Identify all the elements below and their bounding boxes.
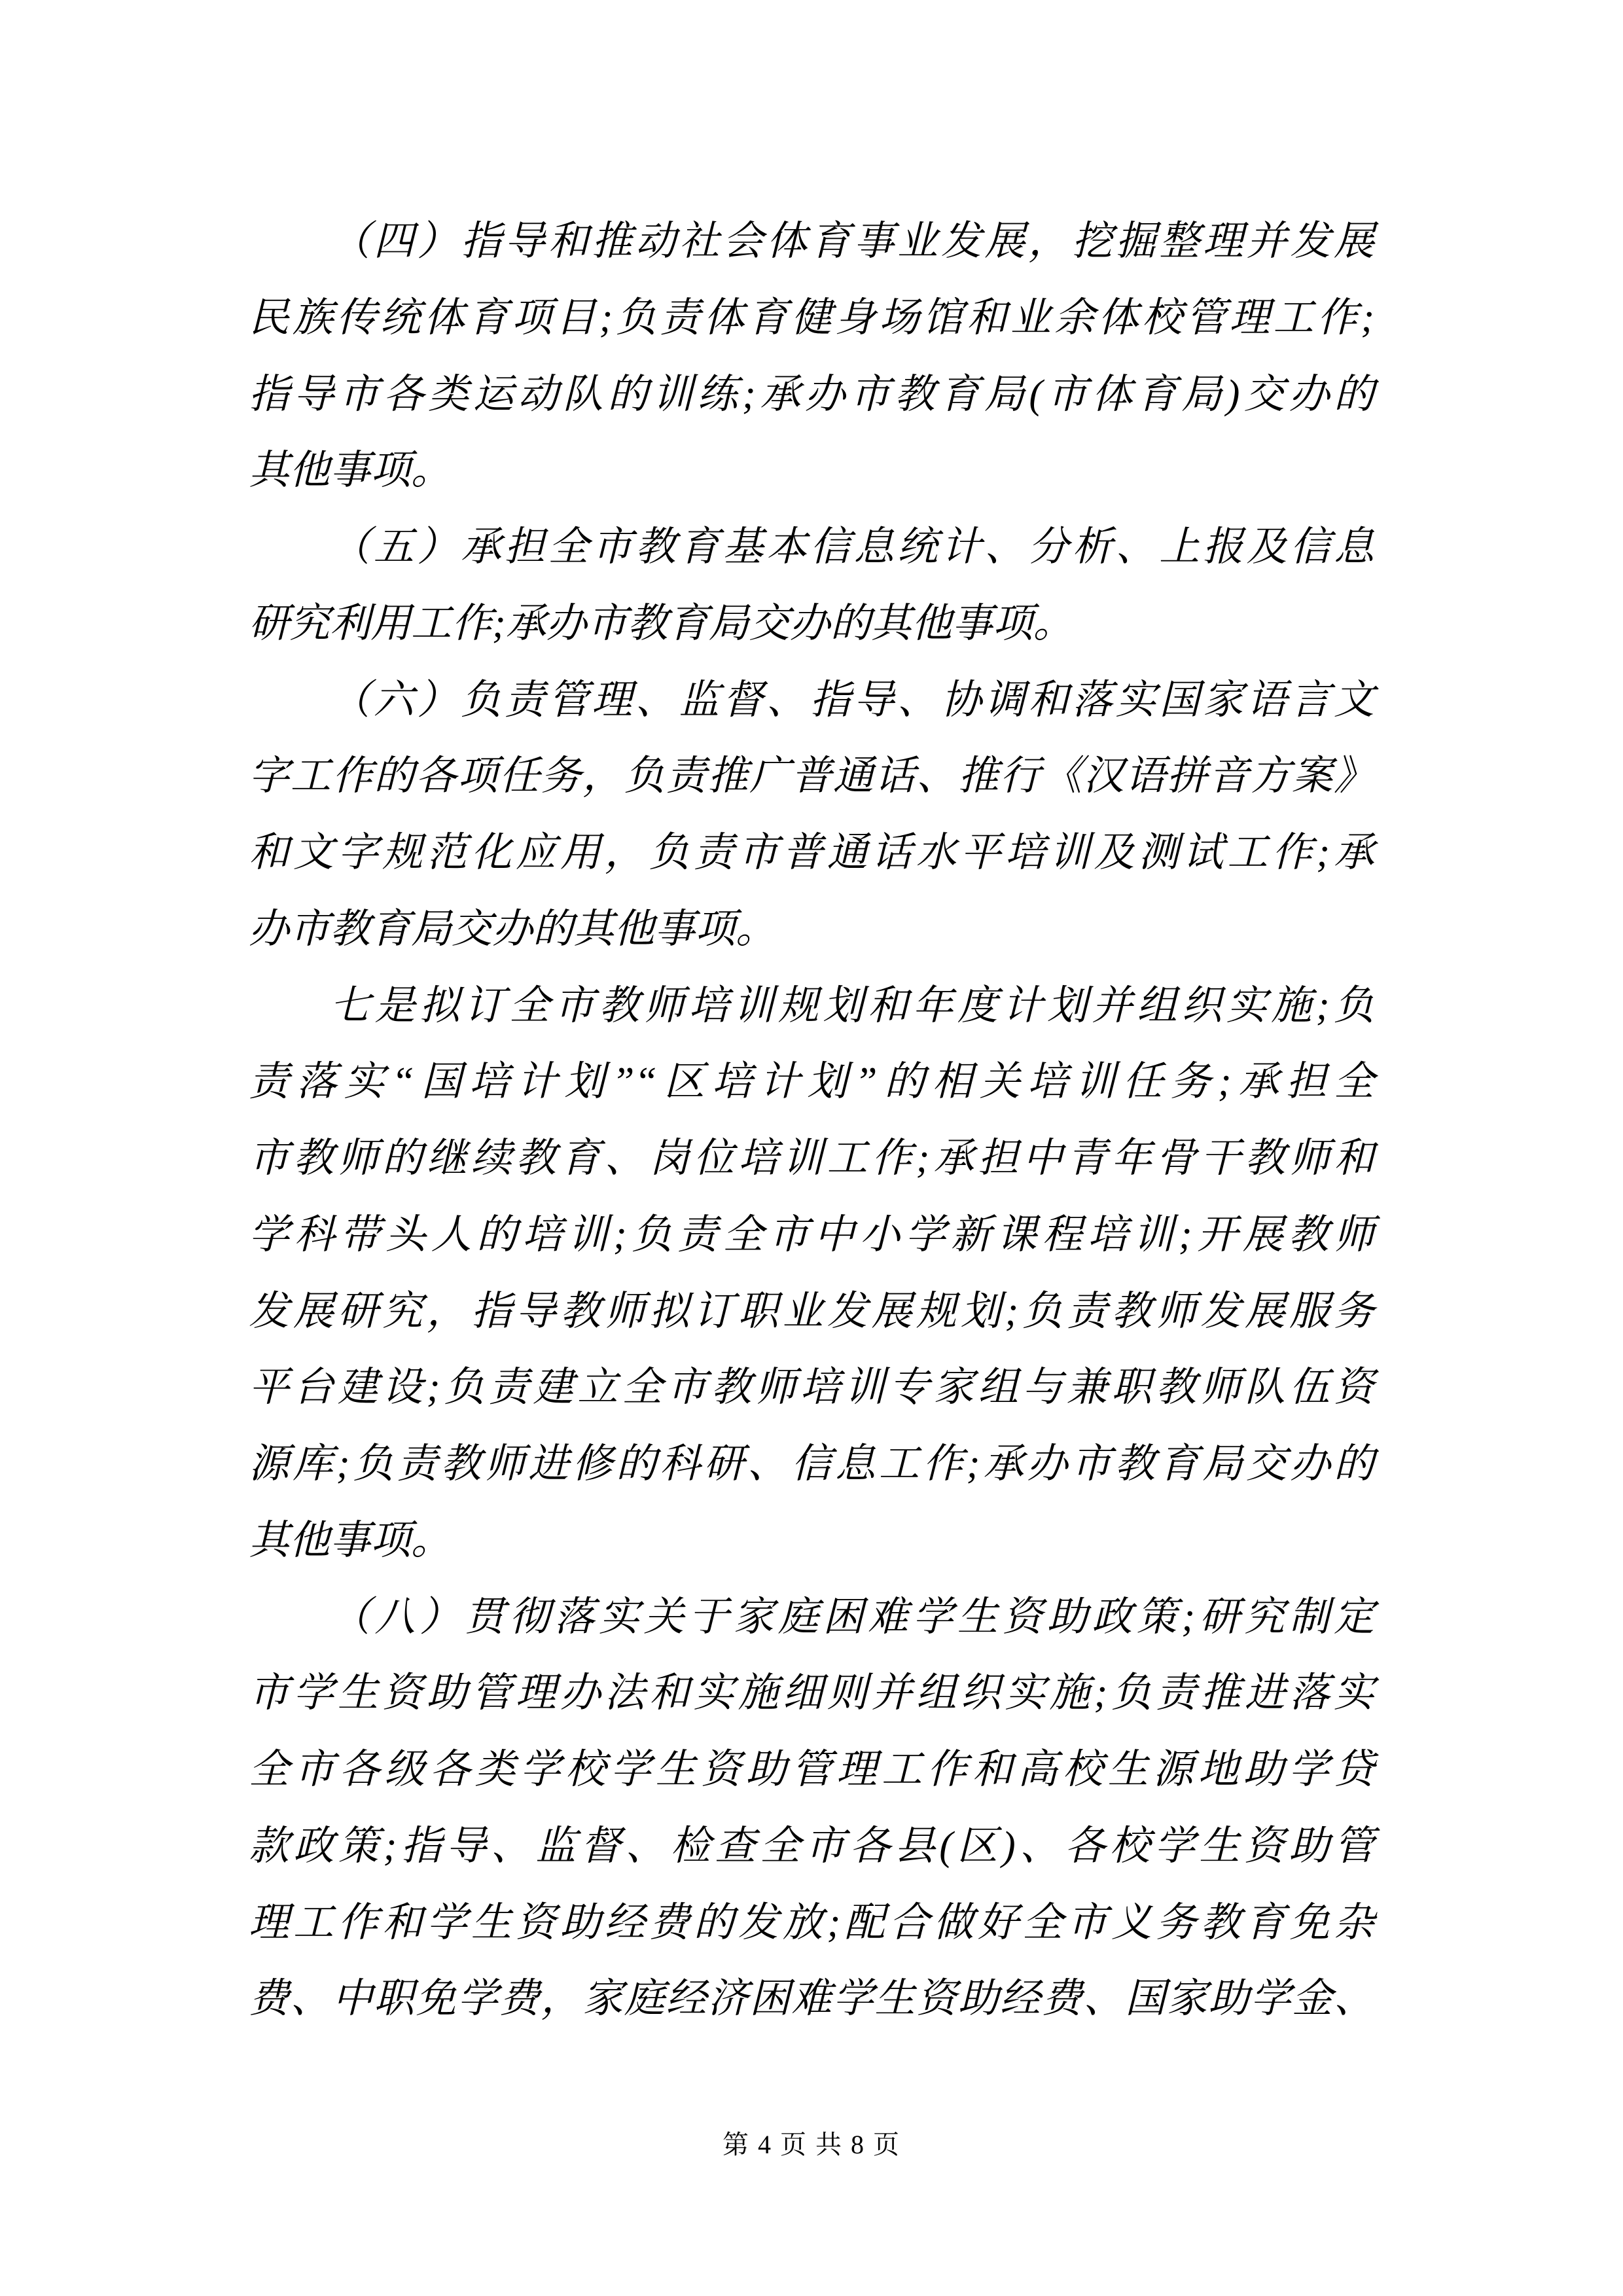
text-line: （五）承担全市教育基本信息统计、分析、上报及信息: [249, 509, 1374, 586]
text-line: 平台建设;负责建立全市教师培训专家组与兼职教师队伍资: [249, 1350, 1374, 1426]
text-line: 学科带头人的培训;负责全市中小学新课程培训;开展教师: [249, 1197, 1374, 1274]
text-line: 费、中职免学费，家庭经济困难学生资助经费、国家助学金、: [249, 1961, 1374, 2037]
text-line: 发展研究，指导教师拟订职业发展规划;负责教师发展服务: [249, 1274, 1374, 1350]
text-line: 理工作和学生资助经费的发放;配合做好全市义务教育免杂: [249, 1885, 1374, 1962]
text-line: 市学生资助管理办法和实施细则并组织实施;负责推进落实: [249, 1655, 1374, 1732]
document-body: （四）指导和推动社会体育事业发展，挖掘整理并发展 民族传统体育项目;负责体育健身…: [249, 204, 1374, 2037]
text-line: 其他事项。: [249, 433, 1374, 509]
text-line: 全市各级各类学校学生资助管理工作和高校生源地助学贷: [249, 1732, 1374, 1808]
text-line: 字工作的各项任务，负责推广普通话、推行《汉语拼音方案》: [249, 738, 1374, 815]
text-line: （六）负责管理、监督、指导、协调和落实国家语言文: [249, 662, 1374, 739]
text-line: 和文字规范化应用，负责市普通话水平培训及测试工作;承: [249, 815, 1374, 891]
text-line: 源库;负责教师进修的科研、信息工作;承办市教育局交办的: [249, 1426, 1374, 1503]
text-line: 研究利用工作;承办市教育局交办的其他事项。: [249, 586, 1374, 662]
document-page: （四）指导和推动社会体育事业发展，挖掘整理并发展 民族传统体育项目;负责体育健身…: [0, 0, 1623, 2296]
text-line: 办市教育局交办的其他事项。: [249, 891, 1374, 968]
text-line: 指导市各类运动队的训练;承办市教育局(市体育局)交办的: [249, 357, 1374, 433]
text-line: （四）指导和推动社会体育事业发展，挖掘整理并发展: [249, 204, 1374, 280]
text-line: 款政策;指导、监督、检查全市各县(区)、各校学生资助管: [249, 1808, 1374, 1885]
text-line: 民族传统体育项目;负责体育健身场馆和业余体校管理工作;: [249, 280, 1374, 357]
text-line: 七是拟订全市教师培训规划和年度计划并组织实施;负: [249, 968, 1374, 1045]
text-line: 责落实“国培计划”“区培计划”的相关培训任务;承担全: [249, 1044, 1374, 1121]
text-line: （八）贯彻落实关于家庭困难学生资助政策;研究制定: [249, 1579, 1374, 1656]
page-footer: 第 4 页 共 8 页: [0, 2128, 1623, 2161]
text-line: 市教师的继续教育、岗位培训工作;承担中青年骨干教师和: [249, 1121, 1374, 1197]
text-line: 其他事项。: [249, 1503, 1374, 1579]
